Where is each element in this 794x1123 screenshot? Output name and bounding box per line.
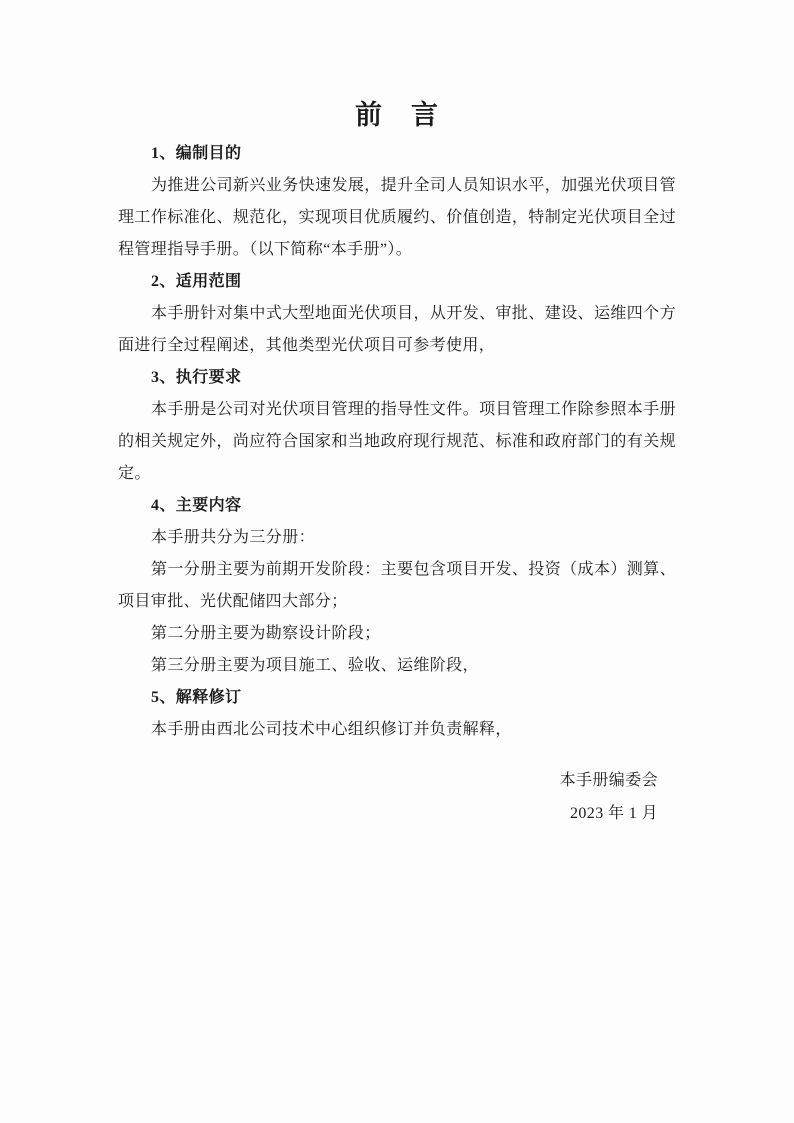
- section-heading: 2、适用范围: [118, 266, 676, 298]
- section-scope-of-application: 2、适用范围 本手册针对集中式大型地面光伏项目，从开发、审批、建设、运维四个方面…: [118, 266, 676, 362]
- paragraph: 为推进公司新兴业务快速发展，提升全司人员知识水平，加强光伏项目管理工作标准化、规…: [118, 170, 676, 266]
- section-execution-requirements: 3、执行要求 本手册是公司对光伏项目管理的指导性文件。项目管理工作除参照本手册的…: [118, 362, 676, 490]
- signature-block: 本手册编委会 2023 年 1 月: [118, 764, 676, 830]
- document-page: 前 言 1、编制目的 为推进公司新兴业务快速发展，提升全司人员知识水平，加强光伏…: [0, 0, 794, 1123]
- section-heading: 3、执行要求: [118, 362, 676, 394]
- section-heading: 4、主要内容: [118, 490, 676, 522]
- paragraph: 本手册是公司对光伏项目管理的指导性文件。项目管理工作除参照本手册的相关规定外，尚…: [118, 394, 676, 490]
- section-main-content: 4、主要内容 本手册共分为三分册： 第一分册主要为前期开发阶段：主要包含项目开发…: [118, 490, 676, 682]
- section-interpretation-revision: 5、解释修订 本手册由西北公司技术中心组织修订并负责解释，: [118, 682, 676, 746]
- section-heading: 5、解释修订: [118, 682, 676, 714]
- paragraph: 第二分册主要为勘察设计阶段；: [118, 618, 676, 650]
- page-title: 前 言: [118, 100, 676, 130]
- paragraph: 第一分册主要为前期开发阶段：主要包含项目开发、投资（成本）测算、项目审批、光伏配…: [118, 554, 676, 618]
- signature-date: 2023 年 1 月: [118, 797, 658, 830]
- paragraph: 本手册共分为三分册：: [118, 522, 676, 554]
- signature-author: 本手册编委会: [118, 764, 658, 797]
- paragraph: 本手册针对集中式大型地面光伏项目，从开发、审批、建设、运维四个方面进行全过程阐述…: [118, 298, 676, 362]
- section-heading: 1、编制目的: [118, 138, 676, 170]
- section-compilation-purpose: 1、编制目的 为推进公司新兴业务快速发展，提升全司人员知识水平，加强光伏项目管理…: [118, 138, 676, 266]
- paragraph: 本手册由西北公司技术中心组织修订并负责解释，: [118, 714, 676, 746]
- document-body: 1、编制目的 为推进公司新兴业务快速发展，提升全司人员知识水平，加强光伏项目管理…: [118, 138, 676, 830]
- paragraph: 第三分册主要为项目施工、验收、运维阶段，: [118, 650, 676, 682]
